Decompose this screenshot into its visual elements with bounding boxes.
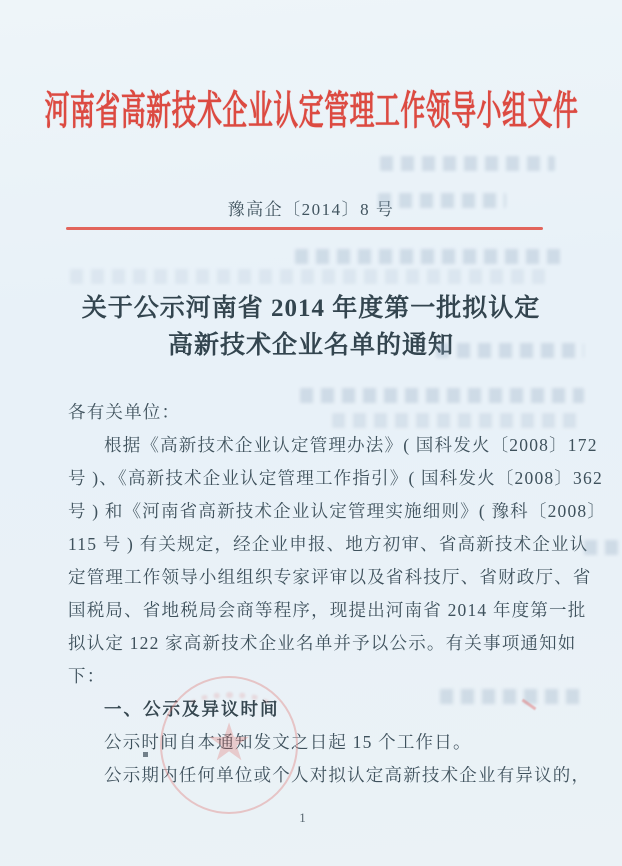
bleed-through-artifact <box>440 689 582 704</box>
body-line: 号 ) 和《河南省高新技术企业认定管理实施细则》( 豫科〔2008〕 <box>68 495 560 528</box>
official-seal-stamp: ★ <box>160 676 298 814</box>
body-line: 公示时间自本通知发文之日起 15 个工作日。 <box>68 726 560 759</box>
body-line: 根据《高新技术企业认定管理办法》( 国科发火〔2008〕172 <box>68 429 560 462</box>
body-line: 115 号 ) 有关规定，经企业申报、地方初审、省高新技术企业认 <box>68 528 560 561</box>
bleed-through-artifact <box>300 388 584 403</box>
bleed-through-artifact <box>380 156 555 171</box>
document-number: 豫高企〔2014〕8 号 <box>0 195 622 220</box>
bleed-through-artifact <box>436 343 584 358</box>
document-body: 各有关单位： 根据《高新技术企业认定管理办法》( 国科发火〔2008〕172 号… <box>68 396 560 792</box>
document-banner: 河南省高新技术企业认定管理工作领导小组文件 <box>0 76 622 138</box>
body-line: 定管理工作领导小组组织专家评审以及省科技厅、省财政厅、省 <box>68 561 560 594</box>
red-separator-line <box>66 227 543 230</box>
document-banner-title: 河南省高新技术企业认定管理工作领导小组文件 <box>44 79 578 136</box>
notice-title-line1: 关于公示河南省 2014 年度第一批拟认定 <box>0 290 622 327</box>
body-line: 号 )、《高新技术企业认定管理工作指引》( 国科发火〔2008〕362 <box>68 462 560 495</box>
bleed-through-artifact <box>295 249 561 264</box>
seal-star-icon: ★ <box>206 717 253 769</box>
bleed-through-artifact <box>332 413 580 428</box>
body-line: 公示期内任何单位或个人对拟认定高新技术企业有异议的， <box>68 759 560 792</box>
bleed-through-artifact <box>378 193 506 208</box>
page-number: 1 <box>0 810 605 826</box>
document-page: 河南省高新技术企业认定管理工作领导小组文件 豫高企〔2014〕8 号 关于公示河… <box>0 0 622 866</box>
body-line: 拟认定 122 家高新技术企业名单并予以公示。有关事项通知如 <box>68 627 560 660</box>
bleed-through-artifact <box>70 269 550 284</box>
scan-dot-artifact <box>143 752 148 757</box>
bleed-through-artifact <box>584 540 618 555</box>
body-line: 国税局、省地税局会商等程序，现提出河南省 2014 年度第一批 <box>68 594 560 627</box>
